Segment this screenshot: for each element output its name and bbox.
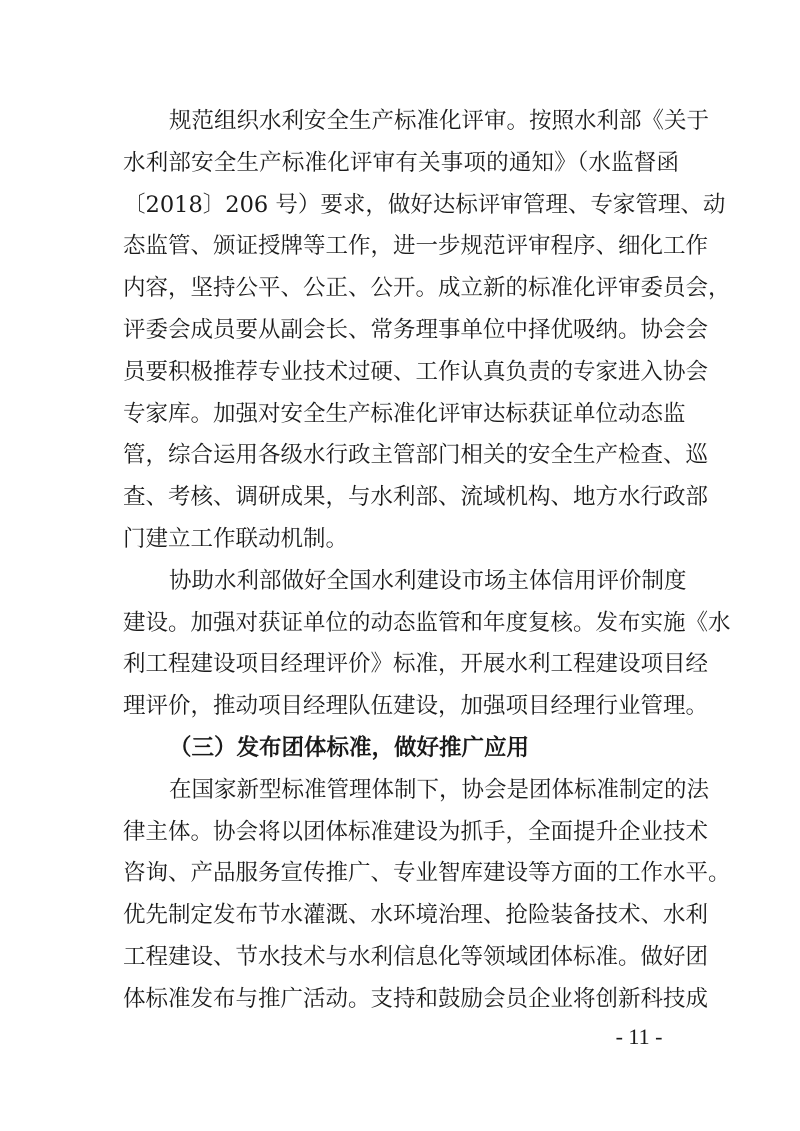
text-line: 工程建设、节水技术与水利信息化等领域团体标准。做好团 — [123, 937, 679, 979]
text-line: 优先制定发布节水灌溉、水环境治理、抢险装备技术、水利 — [123, 895, 679, 937]
text-line: 建设。加强对获证单位的动态监管和年度复核。发布实施《水 — [123, 603, 679, 645]
text-line: 利工程建设项目经理评价》标准，开展水利工程建设项目经 — [123, 644, 679, 686]
document-page: 规范组织水利安全生产标准化评审。按照水利部《关于 水利部安全生产标准化评审有关事… — [123, 101, 679, 1021]
text-line: 查、考核、调研成果，与水利部、流域机构、地方水行政部 — [123, 477, 679, 519]
text-line: 管，综合运用各级水行政主管部门相关的安全生产检查、巡 — [123, 435, 679, 477]
section-heading: （三）发布团体标准，做好推广应用 — [123, 728, 679, 770]
text-line: 体标准发布与推广活动。支持和鼓励会员企业将创新科技成 — [123, 979, 679, 1021]
text-line: 理评价，推动项目经理队伍建设，加强项目经理行业管理。 — [123, 686, 679, 728]
paragraph-group-standards: 在国家新型标准管理体制下，协会是团体标准制定的法 律主体。协会将以团体标准建设为… — [123, 770, 679, 1021]
page-number: - 11 - — [606, 1024, 672, 1050]
text-line: 〔2018〕206 号）要求，做好达标评审管理、专家管理、动 — [123, 185, 679, 227]
paragraph-safety-standardization-review: 规范组织水利安全生产标准化评审。按照水利部《关于 水利部安全生产标准化评审有关事… — [123, 101, 679, 561]
text-line: 专家库。加强对安全生产标准化评审达标获证单位动态监 — [123, 394, 679, 436]
text-line: 员要积极推荐专业技术过硬、工作认真负责的专家进入协会 — [123, 352, 679, 394]
text-line: 内容，坚持公平、公正、公开。成立新的标准化评审委员会， — [123, 268, 679, 310]
text-line: 门建立工作联动机制。 — [123, 519, 679, 561]
text-line: 协助水利部做好全国水利建设市场主体信用评价制度 — [123, 561, 679, 603]
paragraph-credit-evaluation: 协助水利部做好全国水利建设市场主体信用评价制度 建设。加强对获证单位的动态监管和… — [123, 561, 679, 728]
text-line: 咨询、产品服务宣传推广、专业智库建设等方面的工作水平。 — [123, 853, 679, 895]
text-line: 水利部安全生产标准化评审有关事项的通知》（水监督函 — [123, 143, 679, 185]
text-line: 评委会成员要从副会长、常务理事单位中择优吸纳。协会会 — [123, 310, 679, 352]
text-line: 在国家新型标准管理体制下，协会是团体标准制定的法 — [123, 770, 679, 812]
text-line: 态监管、颁证授牌等工作，进一步规范评审程序、细化工作 — [123, 226, 679, 268]
text-line: 律主体。协会将以团体标准建设为抓手，全面提升企业技术 — [123, 812, 679, 854]
text-line: 规范组织水利安全生产标准化评审。按照水利部《关于 — [123, 101, 679, 143]
